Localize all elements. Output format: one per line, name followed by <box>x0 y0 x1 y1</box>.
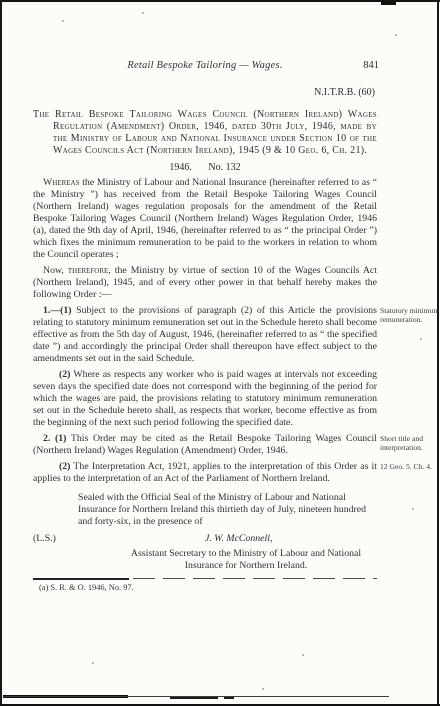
running-header: Retail Bespoke Tailoring — Wages. 841 <box>33 60 377 74</box>
article-text: This Order may be cited as the Retail Be… <box>33 433 377 456</box>
whereas-lead: Whereas <box>43 177 79 188</box>
scan-speck <box>142 12 144 14</box>
article-number: 1.—(1) <box>43 305 72 316</box>
order-year: 1946. <box>169 162 192 173</box>
scan-speck <box>395 34 397 36</box>
article-number: (2) <box>59 369 70 380</box>
preamble-enacting: Now, therefore, the Ministry by virtue o… <box>33 265 377 301</box>
scan-speck <box>92 662 94 664</box>
article-1-paragraph-2: (2) Where as respects any worker who is … <box>33 369 377 429</box>
preamble-whereas: Whereas the Ministry of Labour and Natio… <box>33 177 377 261</box>
scan-speck <box>62 20 64 22</box>
signature: J. W. McConnell, <box>205 533 272 544</box>
rule-segment-broken <box>133 578 377 579</box>
running-title: Retail Bespoke Tailoring — Wages. <box>33 60 377 71</box>
margin-note-citation: 12 Geo. 5. Ch. 4. <box>380 462 440 471</box>
margin-note-statutory-minimum: Statutory minimum remuneration. <box>380 306 440 324</box>
article-text: Where as respects any worker who is paid… <box>33 369 377 428</box>
now-word: Now, <box>43 265 68 276</box>
page-content: Retail Bespoke Tailoring — Wages. 841 N.… <box>33 0 377 592</box>
signature-row: (L.S.) J. W. McConnell, <box>33 533 377 546</box>
scan-speck <box>420 338 422 340</box>
scan-mark <box>224 697 234 699</box>
sealing-clause: Sealed with the Official Seal of the Min… <box>78 492 371 528</box>
article-number: 2. (1) <box>43 433 66 444</box>
article-text: The Interpretation Act, 1921, applies to… <box>33 461 377 484</box>
article-text: Subject to the provisions of paragraph (… <box>33 305 377 364</box>
now-therefore: therefore, <box>68 265 111 276</box>
scan-speck <box>412 508 414 510</box>
scan-mark <box>381 2 396 5</box>
page-number: 841 <box>363 60 379 71</box>
scan-edge-left <box>0 0 2 706</box>
order-number-line: 1946. No. 132 <box>33 162 377 173</box>
document-page: Retail Bespoke Tailoring — Wages. 841 N.… <box>0 0 440 706</box>
scan-mark <box>170 697 218 699</box>
scan-speck <box>302 654 304 656</box>
seal-mark: (L.S.) <box>33 533 56 544</box>
reference-code: N.I.T.R.B. (60) <box>33 87 377 98</box>
rule-segment <box>33 578 129 580</box>
signature-title: Assistant Secretary to the Ministry of L… <box>113 548 379 572</box>
article-1-paragraph-1: 1.—(1) Subject to the provisions of para… <box>33 305 377 365</box>
scan-edge-right <box>437 0 439 706</box>
whereas-text: the Ministry of Labour and National Insu… <box>33 177 377 260</box>
article-2-paragraph-2: (2) The Interpretation Act, 1921, applie… <box>33 461 377 485</box>
margin-note-short-title: Short title and interpretation. <box>380 434 440 452</box>
footnote: (a) S. R. & O. 1946, No. 97. <box>39 583 377 592</box>
article-2-paragraph-1: 2. (1) This Order may be cited as the Re… <box>33 433 377 457</box>
order-title: The Retail Bespoke Tailoring Wages Counc… <box>33 109 377 157</box>
order-number: No. 132 <box>208 162 240 173</box>
footnote-rule <box>33 577 377 580</box>
scan-speck <box>262 688 264 690</box>
article-number: (2) <box>59 461 70 472</box>
